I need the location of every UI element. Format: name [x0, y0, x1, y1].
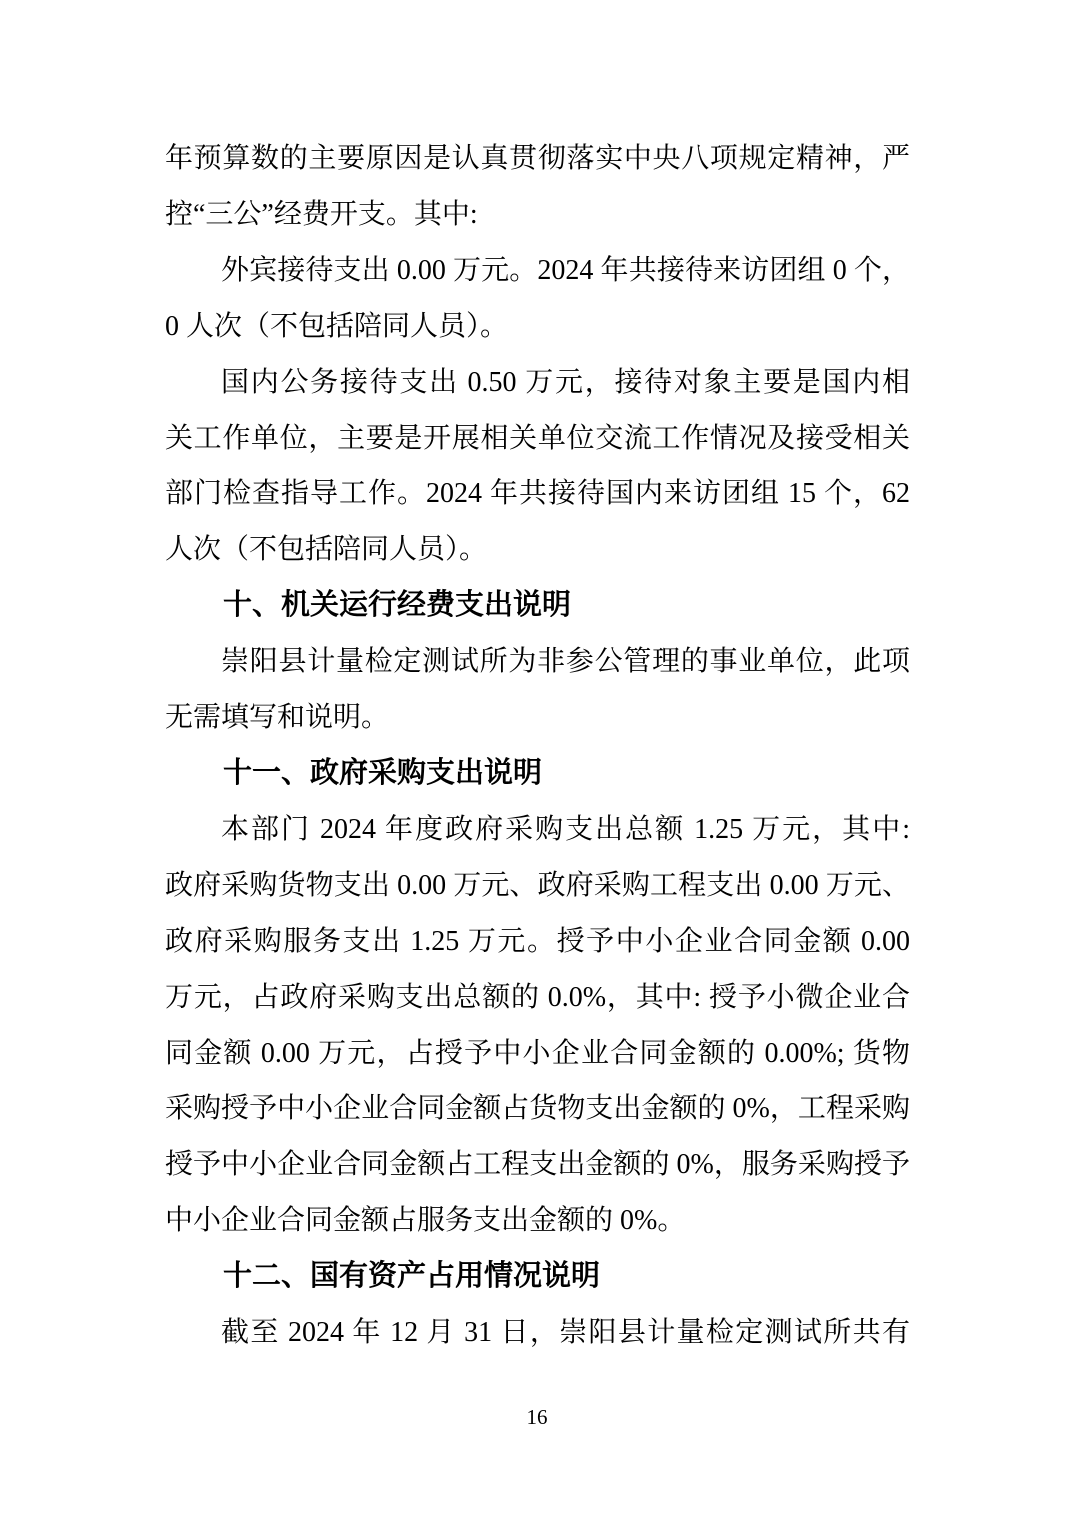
text-line: 中小企业合同金额占服务支出金额的 0%。: [165, 1193, 910, 1249]
text-line: 截至 2024 年 12 月 31 日，崇阳县计量检定测试所共有: [165, 1305, 910, 1361]
section-heading: 十一、政府采购支出说明: [165, 746, 910, 802]
text-line: 同金额 0.00 万元，占授予中小企业合同金额的 0.00%; 货物: [165, 1026, 910, 1082]
text-line: 采购授予中小企业合同金额占货物支出金额的 0%，工程采购: [165, 1081, 910, 1137]
text-line: 崇阳县计量检定测试所为非参公管理的事业单位，此项: [165, 634, 910, 690]
section-heading: 十、机关运行经费支出说明: [165, 578, 910, 634]
text-line: 控“三公”经费开支。其中:: [165, 187, 910, 243]
text-line: 0 人次（不包括陪同人员）。: [165, 299, 910, 355]
text-line: 政府采购服务支出 1.25 万元。授予中小企业合同金额 0.00: [165, 914, 910, 970]
text-line: 授予中小企业合同金额占工程支出金额的 0%，服务采购授予: [165, 1137, 910, 1193]
text-line: 万元，占政府采购支出总额的 0.0%，其中: 授予小微企业合: [165, 970, 910, 1026]
document-page: 年预算数的主要原因是认真贯彻落实中央八项规定精神，严 控“三公”经费开支。其中:…: [0, 0, 1074, 1520]
section-heading: 十二、国有资产占用情况说明: [165, 1249, 910, 1305]
text-line: 政府采购货物支出 0.00 万元、政府采购工程支出 0.00 万元、: [165, 858, 910, 914]
text-line: 年预算数的主要原因是认真贯彻落实中央八项规定精神，严: [165, 131, 910, 187]
page-number: 16: [0, 1404, 1074, 1430]
text-line: 本部门 2024 年度政府采购支出总额 1.25 万元，其中:: [165, 802, 910, 858]
text-line: 人次（不包括陪同人员）。: [165, 522, 910, 578]
text-line: 无需填写和说明。: [165, 690, 910, 746]
text-line: 国内公务接待支出 0.50 万元，接待对象主要是国内相: [165, 355, 910, 411]
text-line: 关工作单位，主要是开展相关单位交流工作情况及接受相关: [165, 411, 910, 467]
text-line: 外宾接待支出 0.00 万元。2024 年共接待来访团组 0 个，: [165, 243, 910, 299]
document-body: 年预算数的主要原因是认真贯彻落实中央八项规定精神，严 控“三公”经费开支。其中:…: [165, 131, 910, 1361]
text-line: 部门检查指导工作。2024 年共接待国内来访团组 15 个，62: [165, 466, 910, 522]
